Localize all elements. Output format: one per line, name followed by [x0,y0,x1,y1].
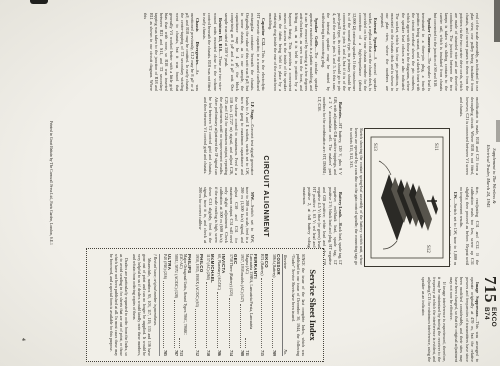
model-row: P40 (P46) (216)705 [162,254,167,356]
printer-imprint: Printed in Great Britain by The Cornwall… [49,55,53,311]
battery-switch-sketch: S11 S12 S13 [365,129,449,266]
model-row: 1930, 1935, 1950X (AC/DC) (63)712 [194,254,199,356]
maker-row: PHILIPS [187,254,192,356]
scan-edge-mark-2 [496,120,500,142]
column-2-top: modification is made, R18 and C21 form a… [458,97,480,175]
sheet-no: 711 [244,350,249,356]
model-name: 1937, 1938 models (AC) (347) [239,254,244,302]
paragraph: modification is made, R18 and C21 form a… [459,97,480,175]
paragraph: Speaker Grille.—The circular speaker ape… [267,13,319,91]
model-name: 580U, 587U (AC/DC) (128) [173,254,178,298]
index-col-no: No. [283,349,288,355]
service-sheet-page: Supplement to The Wireless & Electrical … [0,0,500,366]
paragraph-heading: Battery Leads. [338,192,343,218]
sheet-number-block: 715 EKCO B74 [482,276,499,362]
sheet-no: 714 [228,350,233,356]
circuit-alignment-heading: CIRCUIT ALIGNMENT [262,128,269,265]
paragraph: I.F. Stage.—Connect test signal generato… [203,97,255,175]
paragraph: MW.—Switch set to MW, tune to 200 m on s… [198,187,255,243]
maker-row: PHILCO [199,254,204,356]
sheet-no: 709 [271,350,276,356]
paragraph-heading: Batteries. [338,102,343,119]
maker-row: EKCO [265,254,270,356]
scan-edge-mark [494,0,500,42]
dotted-leader [245,338,246,348]
maker-row: McMICHAEL [210,254,215,356]
maker-row: GEC [233,254,238,356]
paragraph: end of the scale assembly, as indicated … [433,13,480,91]
dotted-leader [206,282,207,348]
figure-label-bottom: S13 [372,143,377,151]
paragraph-heading: I.F. Stage. [250,102,255,120]
figure-label-right: S12 [425,245,430,253]
model-row: 60, Planetary (AC/DC)706 [217,254,222,356]
column-1: end of the scale assembly, as indicated … [142,13,480,91]
index-intro: SINCE the issue of the last complete Ind… [290,254,305,356]
model: B74 [483,307,490,320]
paragraph: Batteries.—HT battery, 120 V, plus 9 V G… [317,97,343,175]
column-2-mid: Batteries.—HT battery, 120 V, plus 9 V G… [315,97,343,175]
dotted-leader [272,279,273,348]
paragraph-heading: Capacitor C12. [261,18,266,46]
sheet-no: 705 [162,350,167,356]
model-name: 1137 (AC) (260) [205,254,210,280]
scanned-sheet: Supplement to The Wireless & Electrical … [0,0,500,366]
column-2-bottom: I.F. Stage.—Connect test signal generato… [201,97,255,175]
maker-row: COSSOR [276,254,281,356]
paragraph-heading: MW. [250,192,255,201]
dotted-leader [261,278,262,349]
paragraph-heading: Speaker Grille. [314,18,319,48]
paragraph: Resistors R3, R18.—These are two wire-wo… [202,13,223,91]
brand-model: EKCO B74 [482,307,499,327]
model-row: Lancastria 139BA, Lancastria Persia, Lan… [244,254,253,356]
dotted-leader [179,338,180,348]
paragraph-heading: Resistors R3, R18. [218,18,223,52]
page-number: 4 [20,338,26,341]
model-name: 386A (Battery) [271,254,276,277]
dotted-leader [174,300,175,348]
scan-smudge-top [30,0,48,4]
model-name: Lancastria 139BA, Lancastria Persia, Lan… [244,254,253,336]
model-name: 1738 Three (Battery) (125) [228,254,233,296]
paragraph-heading: LW. [453,192,458,199]
model-row: 1738 Three (Battery) (125)714 [228,254,233,356]
index-col-receiver: Receiver [283,255,288,269]
sheet-no: 712 [194,350,199,356]
dotted-leader [240,304,241,348]
maker-row: ULTRA [167,254,172,356]
paragraph: Image Suppressor.—This was arranged to o… [449,277,480,362]
index-notice-paragraph: Meanwhile, numbers 95, 103, 117, 119, 13… [132,254,152,356]
sheet-no: 707 [173,350,178,356]
paragraph: Chassis Divergencies.—As was mentioned p… [143,13,200,91]
model-name: B74 (Battery) [260,254,265,276]
sheet-number: 715 [482,276,499,303]
brand: EKCO [490,307,497,327]
column-3-bottom: MW.—Switch set to MW, tune to 200 m on s… [196,187,255,243]
sheet-no: 713 [178,350,183,356]
paragraph: Speaker Connector.—The speaker lead is t… [380,13,432,91]
dotted-leader [163,281,164,348]
paragraph-heading: External Speaker. [373,18,378,52]
figure-caption: Sketch showing the contact spring-leaf a… [349,128,363,265]
paragraph: Capacitor C12.—This is the electrolytic … [224,13,266,91]
sheet-no: 715 [260,350,265,356]
model-name: 60, Planetary (AC/DC) [217,254,222,290]
model-name: P40 (P46) (216) [162,254,167,279]
dotted-leader [195,309,196,348]
index-notice-paragraph: Dealers are particularly requested to or… [108,254,128,356]
supplement-line-2: Electrical Trader, March 24, 1945 [486,103,492,249]
index-footnote: † Revised issue; original number in pare… [153,254,160,356]
maker-row: INVICTA [221,254,226,356]
maker-row: FERRANTI [253,254,258,356]
paragraph: If image interference is experienced, th… [421,277,447,362]
paragraph-heading: Chassis Divergencies. [195,18,200,65]
service-sheet-index-box: Service Sheet Index SINCE the issue of t… [86,248,324,362]
paragraph-heading: Speaker Connector. [427,18,432,54]
paragraph-heading: Image Suppressor. [475,282,480,317]
dotted-leader [229,298,230,348]
sheet-no: 710 [205,350,210,356]
dotted-leader [217,292,218,348]
model-name: 1930, 1935, 1950X (AC/DC) (63) [194,254,199,307]
model-name: Major Octagonal Units, Round Types 786C,… [178,254,187,336]
index-title: Service Sheet Index [308,254,318,356]
index-table-header: Receiver No. [282,254,288,356]
figure-box: S11 S12 S13 [364,128,450,267]
index-table: COSSOR386A (Battery)709EKCOB74 (Battery)… [162,254,281,356]
model-row: B74 (Battery)715 [260,254,265,356]
model-row: Major Octagonal Units, Round Types 786C,… [178,254,187,356]
paragraph: tion, readjusting C31 and C32. If the ca… [459,187,480,265]
sheet-no: 708 [239,350,244,356]
paragraph: External Speaker.—A second speaker socke… [321,13,378,91]
model-row: 1137 (AC) (260)710 [205,254,210,356]
column-4: Image Suppressor.—This was arranged to o… [420,277,480,362]
sheet-no: 706 [217,350,222,356]
model-row: 386A (Battery)709 [271,254,276,356]
figure-label-top: S11 [433,143,438,151]
index-notices: Meanwhile, numbers 95, 103, 117, 119, 13… [108,254,151,356]
